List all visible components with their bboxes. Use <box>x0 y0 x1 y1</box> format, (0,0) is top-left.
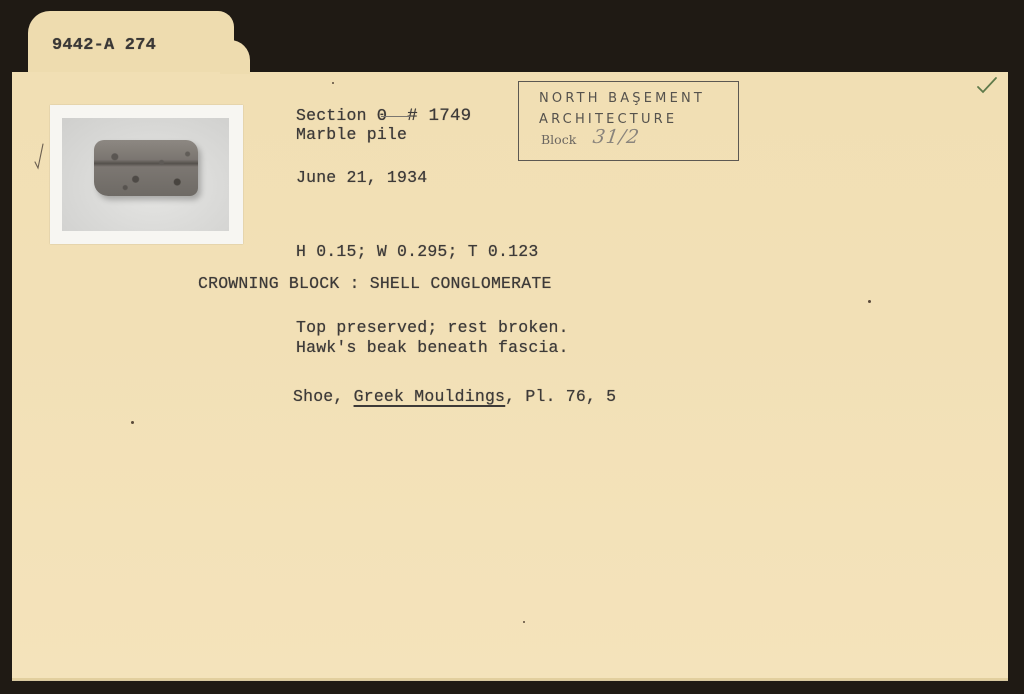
stone-fragment-photo <box>62 118 229 231</box>
section-number: # 1749 <box>407 106 471 126</box>
stamp-block-value: 31/2 <box>591 126 641 148</box>
stamp-line-2: ARCHITECTURE <box>539 112 677 127</box>
pencil-tick-icon <box>33 142 45 170</box>
photo-mount <box>50 105 243 244</box>
paper-speck <box>868 300 871 303</box>
paper-speck <box>523 621 525 623</box>
check-mark-icon <box>976 76 998 94</box>
strike-through-mark <box>381 116 411 117</box>
reference-author: Shoe, <box>293 387 354 406</box>
reference-work: Greek Mouldings <box>354 387 506 406</box>
stamp-line-1: NORTH BAŞEMENT <box>539 91 705 106</box>
object-title: CROWNING BLOCK : SHELL CONGLOMERATE <box>198 274 552 293</box>
location-stamp: NORTH BAŞEMENT ARCHITECTURE Block 31/2 <box>518 81 739 161</box>
note-line-2: Hawk's beak beneath fascia. <box>296 338 569 357</box>
stone-fragment-image <box>94 140 198 196</box>
bibliographic-reference: Shoe, Greek Mouldings, Pl. 76, 5 <box>293 387 616 406</box>
stamp-block-label: Block <box>541 132 576 147</box>
date: June 21, 1934 <box>296 168 427 187</box>
location: Marble pile <box>296 125 407 144</box>
section-prefix: Section <box>296 106 377 125</box>
paper-speck <box>131 421 134 424</box>
dimensions: H 0.15; W 0.295; T 0.123 <box>296 242 538 261</box>
catalog-number: 9442-A 274 <box>52 36 156 55</box>
paper-speck <box>332 82 334 84</box>
note-line-1: Top preserved; rest broken. <box>296 318 569 337</box>
reference-plate: , Pl. 76, 5 <box>505 387 616 406</box>
